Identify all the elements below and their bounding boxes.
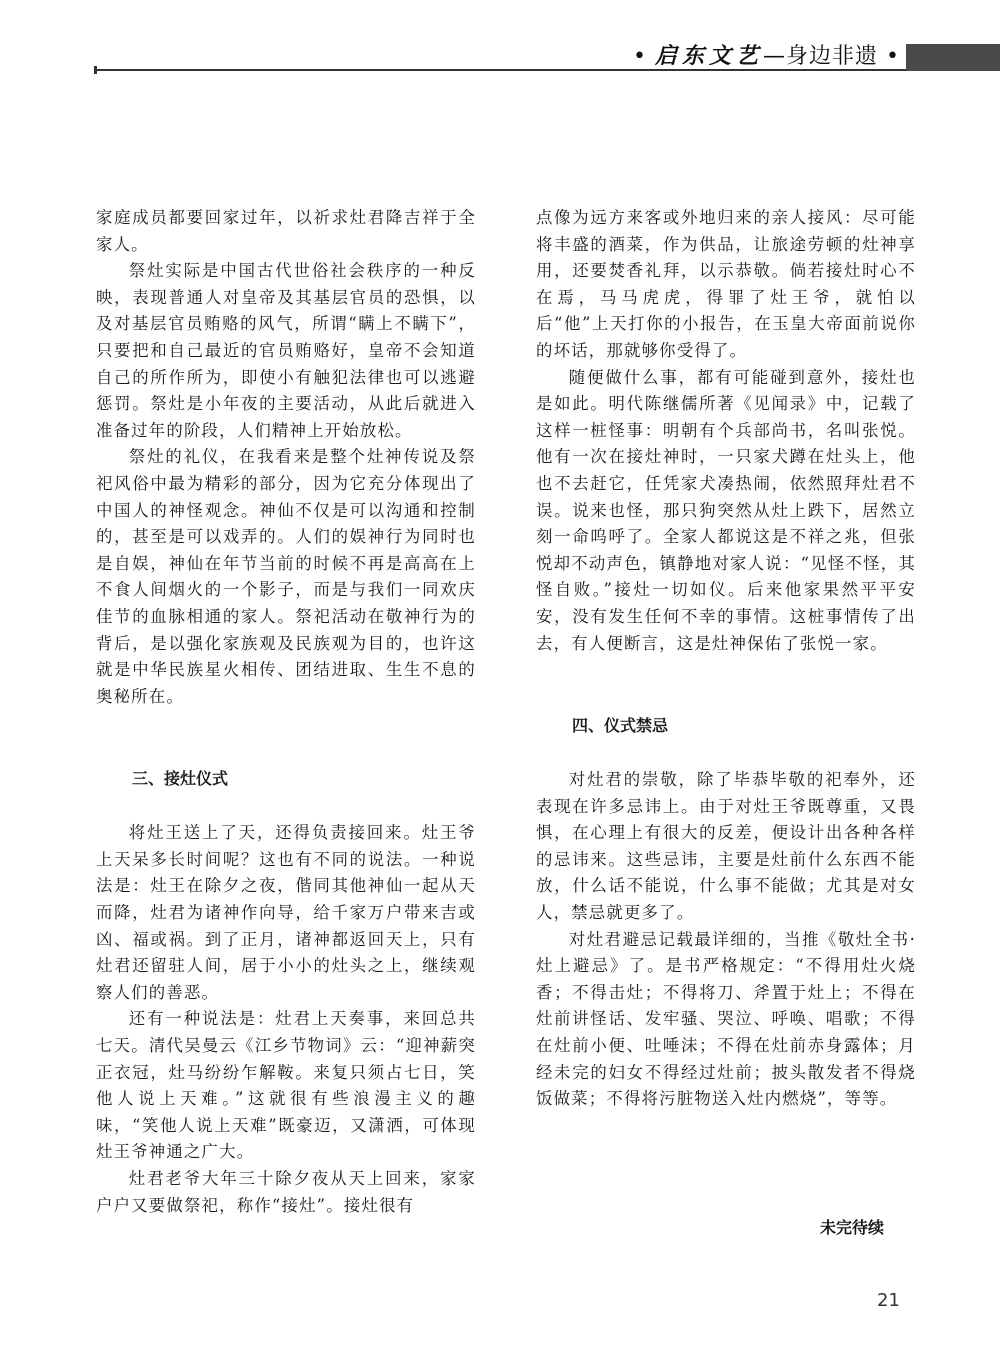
running-header: • 启东文艺—身边非遗 •	[633, 42, 900, 71]
paragraph: 灶君老爷大年三十除夕夜从天上回来，家家户户又要做祭祀，称作“接灶”。接灶很有	[96, 1166, 476, 1219]
header-separator: —	[763, 44, 786, 69]
paragraph: 家庭成员都要回家过年，以祈求灶君降吉祥于全家人。	[96, 205, 476, 258]
left-column: 家庭成员都要回家过年，以祈求灶君降吉祥于全家人。 祭灶实际是中国古代世俗社会秩序…	[96, 205, 476, 1219]
spacer	[96, 710, 476, 766]
header-bullet-right: •	[886, 44, 900, 69]
spacer	[96, 792, 476, 820]
section-heading-3: 三、接灶仪式	[96, 766, 476, 792]
right-column: 点像为远方来客或外地归来的亲人接风：尽可能将丰盛的酒菜，作为供品，让旅途劳顿的灶…	[536, 205, 916, 1113]
spacer	[536, 739, 916, 767]
paragraph: 对灶君避忌记载最详细的，当推《敬灶全书·灶上避忌》了。是书严格规定：“不得用灶火…	[536, 927, 916, 1113]
paragraph: 对灶君的崇敬，除了毕恭毕敬的祀奉外，还表现在许多忌讳上。由于对灶王爷既尊重，又畏…	[536, 767, 916, 927]
section-heading-4: 四、仪式禁忌	[536, 713, 916, 739]
spacer	[536, 657, 916, 713]
paragraph: 祭灶的礼仪，在我看来是整个灶神传说及祭祀风俗中最为精彩的部分，因为它充分体现出了…	[96, 444, 476, 710]
page-number: 21	[877, 1290, 900, 1311]
header-bullet-left: •	[633, 44, 647, 69]
to-be-continued: 未完待续	[820, 1215, 884, 1238]
paragraph: 随便做什么事，都有可能碰到意外，接灶也是如此。明代陈继儒所著《见闻录》中，记载了…	[536, 365, 916, 658]
header-column-name: 身边非遗	[786, 44, 878, 69]
header-dark-block	[906, 44, 1000, 71]
paragraph: 祭灶实际是中国古代世俗社会秩序的一种反映，表现普通人对皇帝及其基层官员的恐惧，以…	[96, 258, 476, 444]
paragraph: 将灶王送上了天，还得负责接回来。灶王爷上天呆多长时间呢？这也有不同的说法。一种说…	[96, 820, 476, 1006]
paragraph: 点像为远方来客或外地归来的亲人接风：尽可能将丰盛的酒菜，作为供品，让旅途劳顿的灶…	[536, 205, 916, 365]
header-brand: 启东文艺	[655, 43, 763, 69]
paragraph: 还有一种说法是：灶君上天奏事，来回总共七天。清代吴曼云《江乡节物词》云：“迎神薪…	[96, 1006, 476, 1166]
